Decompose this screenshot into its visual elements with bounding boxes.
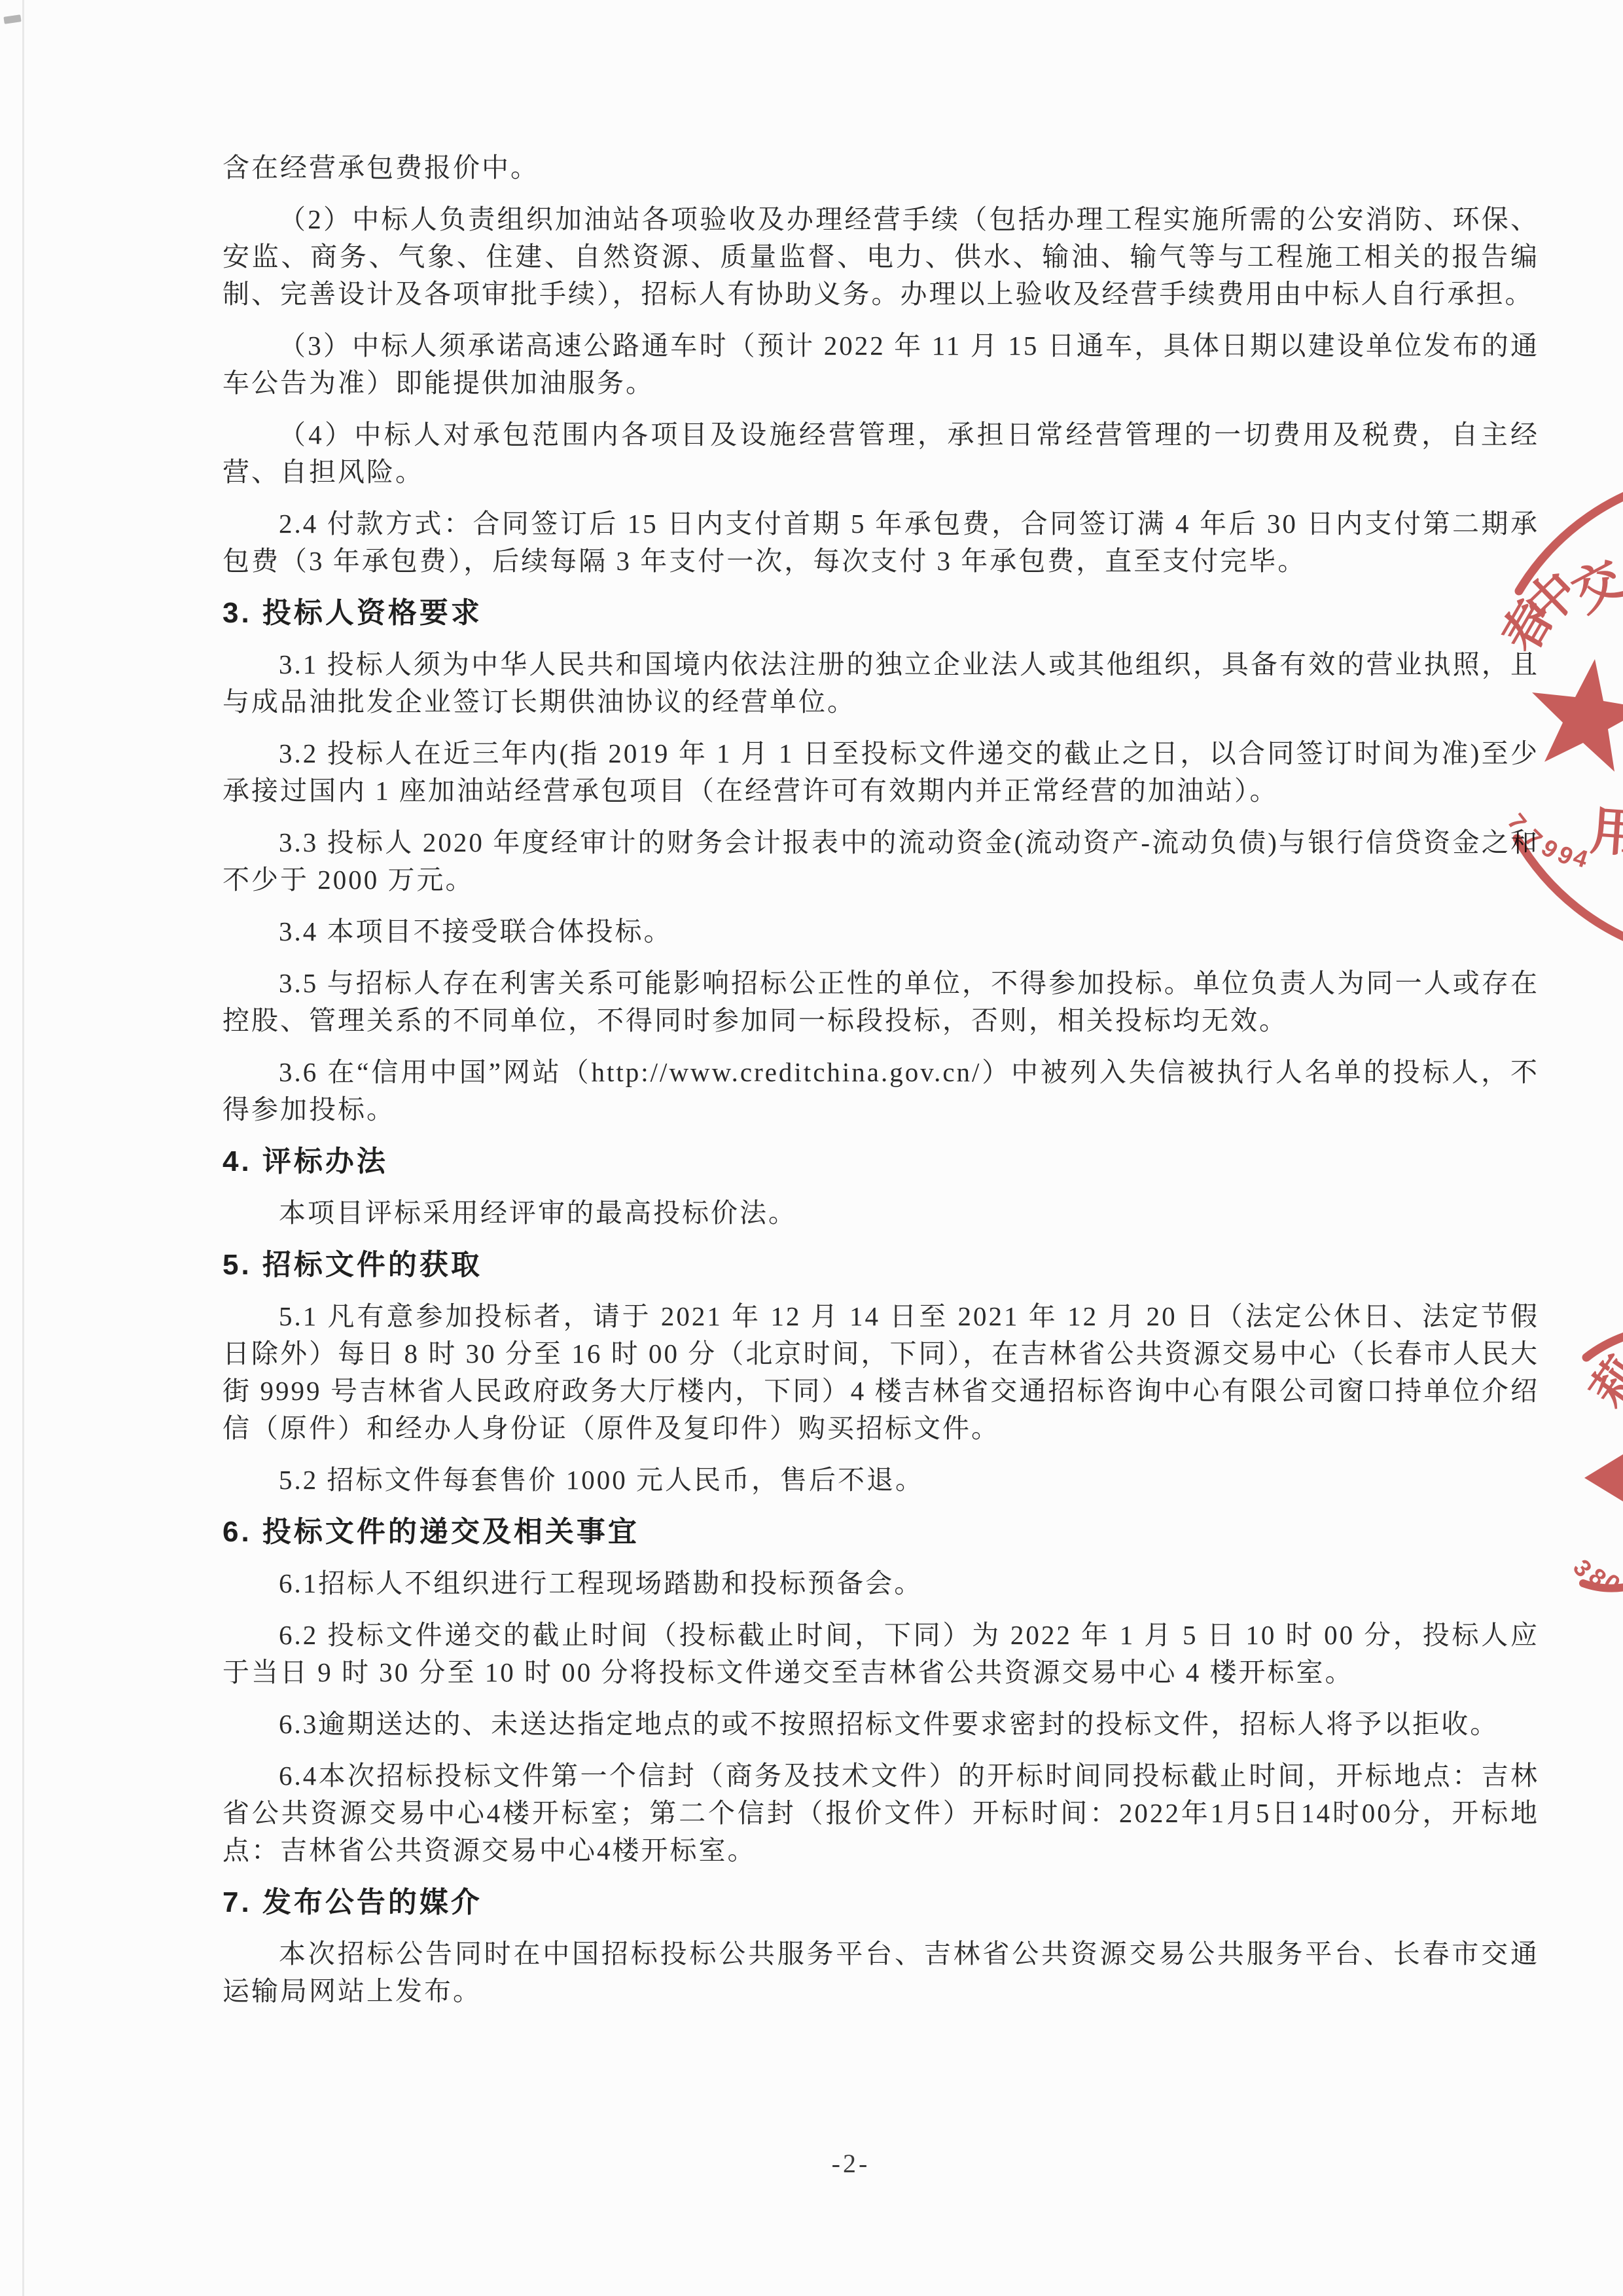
paragraph: 本项目评标采用经评审的最高投标价法。 [223,1194,1539,1232]
section-heading: 7. 发布公告的媒介 [223,1884,1539,1921]
paragraph: 3.1 投标人须为中华人民共和国境内依法注册的独立企业法人或其他组织，具备有效的… [223,646,1539,721]
paragraph: 2.4 付款方式：合同签订后 15 日内支付首期 5 年承包费，合同签订满 4 … [223,505,1539,580]
document-content: 含在经营承包费报价中。（2）中标人负责组织加油站各项验收及办理经营手续（包括办理… [223,149,1539,2024]
paragraph: 3.2 投标人在近三年内(指 2019 年 1 月 1 日至投标文件递交的截止之… [223,735,1539,810]
paragraph: 6.4本次招标投标文件第一个信封（商务及技术文件）的开标时间同投标截止时间，开标… [223,1757,1539,1869]
paragraph: 5.2 招标文件每套售价 1000 元人民币，售后不退。 [223,1462,1539,1499]
seal-star-point-fragment [1584,1454,1623,1501]
company-seal-stamp: 春 中 交 用 7 7 9 9 4 [1466,452,1623,962]
paragraph: 本次招标公告同时在中国招标投标公共服务平台、吉林省公共资源交易公共服务平台、长春… [223,1935,1539,2010]
document-page: 含在经营承包费报价中。（2）中标人负责组织加油站各项验收及办理经营手续（包括办理… [0,0,1623,2296]
paragraph: 5.1 凡有意参加投标者，请于 2021 年 12 月 14 日至 2021 年… [223,1298,1539,1447]
seal-star-icon [1532,659,1623,772]
paragraph: 3.5 与招标人存在利害关系可能影响招标公正性的单位，不得参加投标。单位负责人为… [223,965,1539,1039]
svg-text:7: 7 [1503,808,1532,835]
paragraph: （2）中标人负责组织加油站各项验收及办理经营手续（包括办理工程实施所需的公安消防… [223,201,1539,313]
section-heading: 4. 评标办法 [223,1143,1539,1180]
section-heading: 6. 投标文件的递交及相关事宜 [223,1513,1539,1551]
paragraph: 6.2 投标文件递交的截止时间（投标截止时间，下同）为 2022 年 1 月 5… [223,1617,1539,1691]
section-heading: 3. 投标人资格要求 [223,594,1539,632]
paragraph: 3.4 本项目不接受联合体投标。 [223,913,1539,950]
paragraph: （4）中标人对承包范围内各项目及设施经营管理，承担日常经营管理的一切费用及税费，… [223,416,1539,491]
paragraph: 6.3逾期送达的、未送达指定地点的或不按照招标文件要求密封的投标文件，招标人将予… [223,1706,1539,1743]
paragraph: 6.1招标人不组织进行工程现场踏勘和投标预备会。 [223,1565,1539,1602]
partial-seal-stamp: 莉 3 8 0 [1564,1322,1623,1604]
scan-corner-mark [3,14,21,24]
paragraph: 3.6 在“信用中国”网站（http://www.creditchina.gov… [223,1054,1539,1128]
paragraph: 3.3 投标人 2020 年度经审计的财务会计报表中的流动资金(流动资产-流动负… [223,824,1539,899]
scan-edge-artifact [22,0,24,2296]
paragraph: （3）中标人须承诺高速公路通车时（预计 2022 年 11 月 15 日通车，具… [223,327,1539,402]
section-heading: 5. 招标文件的获取 [223,1246,1539,1283]
seal-inner-char: 用 [1588,802,1623,863]
paragraph: 含在经营承包费报价中。 [223,149,1539,187]
page-number: -2- [0,2148,1623,2179]
